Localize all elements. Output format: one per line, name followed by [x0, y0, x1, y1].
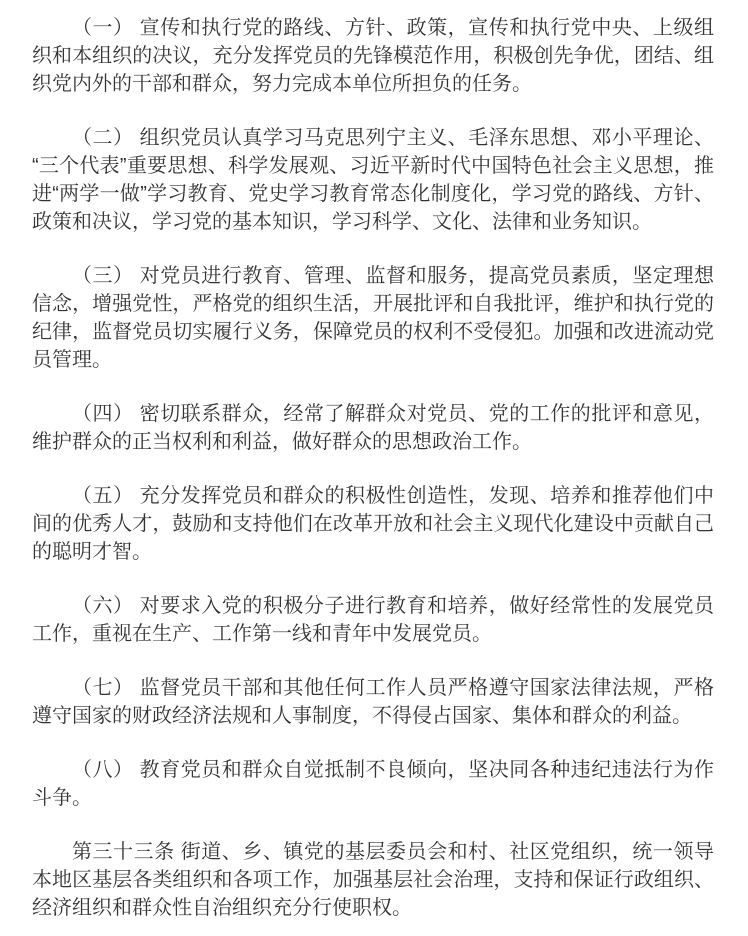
paragraph-item-4: （四） 密切联系群众，经常了解群众对党员、党的工作的批评和意见，维护群众的正当权… [32, 400, 714, 456]
paragraph-item-5: （五） 充分发挥党员和群众的积极性创造性，发现、培养和推荐他们中间的优秀人才，鼓… [32, 482, 714, 566]
paragraph-item-3: （三） 对党员进行教育、管理、监督和服务，提高党员素质，坚定理想信念，增强党性，… [32, 262, 714, 374]
document-body: （一） 宣传和执行党的路线、方针、政策，宣传和执行党中央、上级组织和本组织的决议… [0, 0, 748, 936]
paragraph-article-33: 第三十三条 街道、乡、镇党的基层委员会和村、社区党组织，统一领导本地区基层各类组… [32, 838, 714, 922]
paragraph-item-2: （二） 组织党员认真学习马克思列宁主义、毛泽东思想、邓小平理论、“三个代表”重要… [32, 124, 714, 236]
paragraph-item-7: （七） 监督党员干部和其他任何工作人员严格遵守国家法律法规，严格遵守国家的财政经… [32, 674, 714, 730]
paragraph-item-8: （八） 教育党员和群众自觉抵制不良倾向，坚决同各种违纪违法行为作斗争。 [32, 756, 714, 812]
paragraph-item-6: （六） 对要求入党的积极分子进行教育和培养，做好经常性的发展党员工作，重视在生产… [32, 592, 714, 648]
paragraph-item-1: （一） 宣传和执行党的路线、方针、政策，宣传和执行党中央、上级组织和本组织的决议… [32, 14, 714, 98]
